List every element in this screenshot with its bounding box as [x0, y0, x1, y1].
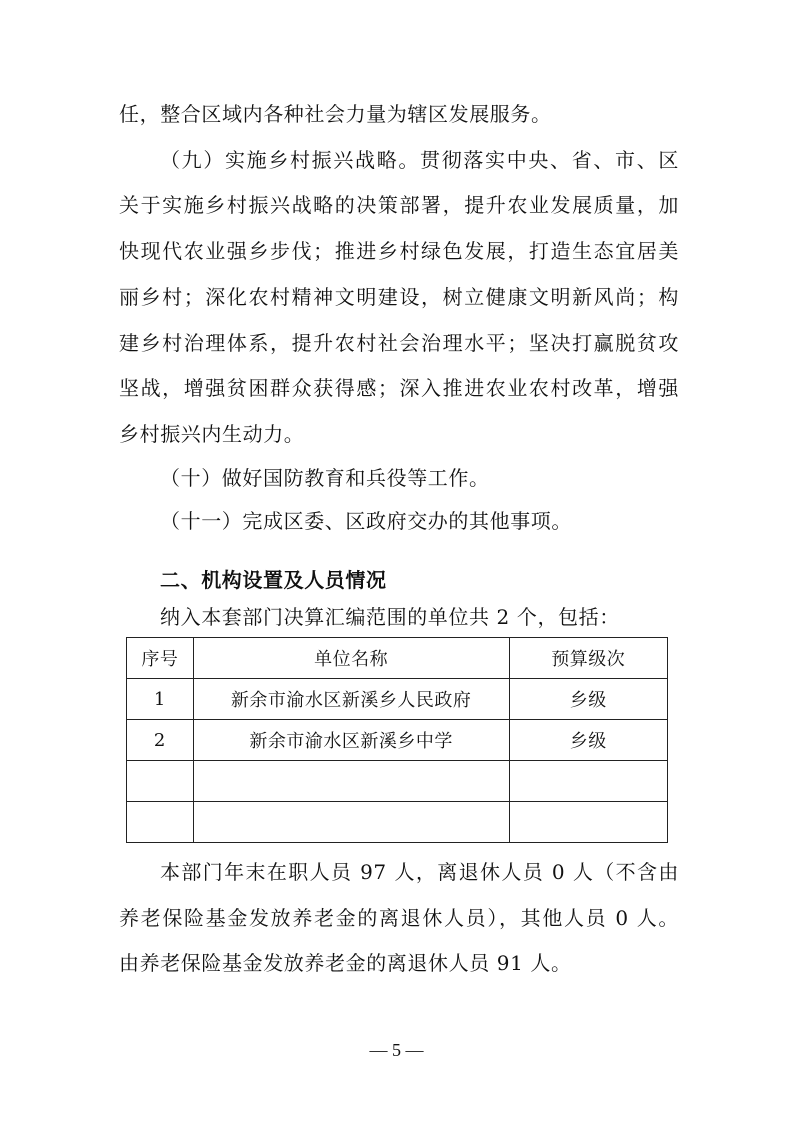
paragraph-line: （十）做好国防教育和兵役等工作。	[160, 464, 679, 492]
cell-budget-level	[509, 802, 667, 843]
paragraph-line: 建乡村治理体系，提升农村社会治理水平；坚决打赢脱贫攻	[119, 329, 679, 357]
cell-index	[127, 802, 194, 843]
page-number: — 5 —	[0, 1040, 793, 1061]
cell-unit-name: 新余市渝水区新溪乡人民政府	[193, 679, 509, 720]
staff-paragraph-line: 本部门年末在职人员 97 人，离退休人员 0 人（不含由	[160, 858, 679, 886]
units-table: 序号 单位名称 预算级次 1 新余市渝水区新溪乡人民政府 乡级 2 新余市渝水区…	[126, 637, 668, 843]
header-cell-budget-level: 预算级次	[509, 638, 667, 679]
paragraph-line: （九）实施乡村振兴战略。贯彻落实中央、省、市、区	[160, 146, 679, 174]
table-row: 1 新余市渝水区新溪乡人民政府 乡级	[127, 679, 668, 720]
staff-paragraph-line: 养老保险基金发放养老金的离退休人员），其他人员 0 人。	[119, 904, 679, 932]
cell-budget-level: 乡级	[509, 679, 667, 720]
cell-unit-name	[193, 802, 509, 843]
section-heading: 二、机构设置及人员情况	[160, 566, 679, 594]
table-row: 2 新余市渝水区新溪乡中学 乡级	[127, 720, 668, 761]
paragraph-line: 乡村振兴内生动力。	[119, 420, 679, 448]
cell-unit-name	[193, 761, 509, 802]
cell-budget-level	[509, 761, 667, 802]
paragraph-line: （十一）完成区委、区政府交办的其他事项。	[160, 507, 679, 535]
paragraph-line: 坚战，增强贫困群众获得感；深入推进农业农村改革，增强	[119, 374, 679, 402]
cell-index	[127, 761, 194, 802]
table-row	[127, 802, 668, 843]
paragraph-line: 任，整合区域内各种社会力量为辖区发展服务。	[119, 100, 679, 128]
cell-unit-name: 新余市渝水区新溪乡中学	[193, 720, 509, 761]
paragraph-line: 丽乡村；深化农村精神文明建设，树立健康文明新风尚；构	[119, 283, 679, 311]
section-intro: 纳入本套部门决算汇编范围的单位共 2 个，包括：	[160, 603, 679, 631]
table-header-row: 序号 单位名称 预算级次	[127, 638, 668, 679]
staff-paragraph-line: 由养老保险基金发放养老金的离退休人员 91 人。	[119, 949, 679, 977]
paragraph-line: 快现代农业强乡步伐；推进乡村绿色发展，打造生态宜居美	[119, 237, 679, 265]
paragraph-line: 关于实施乡村振兴战略的决策部署，提升农业发展质量，加	[119, 191, 679, 219]
document-page: 任，整合区域内各种社会力量为辖区发展服务。 （九）实施乡村振兴战略。贯彻落实中央…	[0, 0, 793, 1122]
cell-budget-level: 乡级	[509, 720, 667, 761]
table-row	[127, 761, 668, 802]
cell-index: 1	[127, 679, 194, 720]
cell-index: 2	[127, 720, 194, 761]
header-cell-index: 序号	[127, 638, 194, 679]
header-cell-unit-name: 单位名称	[193, 638, 509, 679]
